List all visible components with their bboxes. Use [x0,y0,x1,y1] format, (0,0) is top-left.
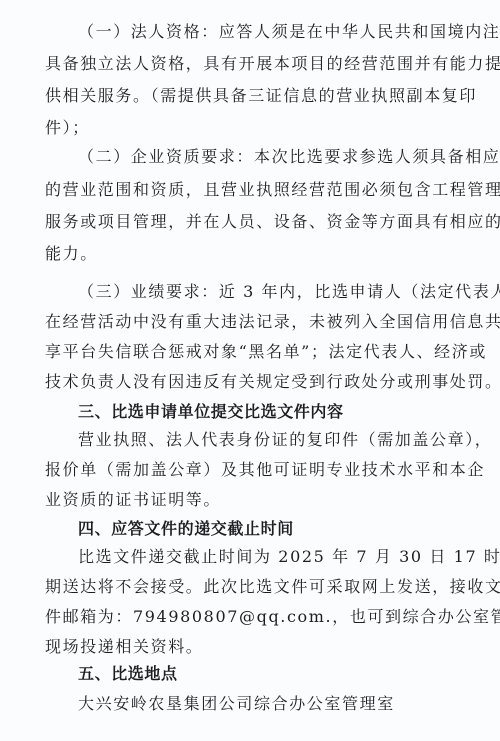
qual-1-line-2: 具备独立法人资格，具有开展本项目的经营范围并有能力提 [45,54,457,74]
section-heading-4: 四、应答文件的递交截止时间 [78,519,457,539]
qual-1-line-1: （一）法人资格：应答人须是在中华人民共和国境内注册， [78,22,457,42]
qual-1-line-3: 供相关服务。（需提供具备三证信息的营业执照副本复印 [45,86,457,106]
submission-line-2: 报价单（需加盖公章）及其他可证明专业技术水平和本企 [45,460,457,480]
deadline-line-1: 比选文件递交截止时间为 2025 年 7 月 30 日 17 时，逾 [78,547,457,567]
qual-3-line-2: 在经营活动中没有重大违法记录，未被列入全国信用信息共 [45,312,457,332]
deadline-line-2: 期送达将不会接受。此次比选文件可采取网上发送，接收文 [45,577,457,597]
deadline-line-3: 件邮箱为：794980807@qq.com.，也可到综合办公室管理科 [45,607,457,627]
qual-3-line-3: 享平台失信联合惩戒对象“黑名单”；法定代表人、经济或 [45,342,457,362]
submission-line-3: 业资质的证书证明等。 [45,490,457,510]
qual-2-line-3: 服务或项目管理，并在人员、设备、资金等方面具有相应的 [45,212,457,232]
document-page: （一）法人资格：应答人须是在中华人民共和国境内注册， 具备独立法人资格，具有开展… [0,0,500,741]
location-line-1: 大兴安岭农垦集团公司综合办公室管理室 [78,694,457,714]
qual-1-line-4: 件）； [45,118,457,138]
qual-3-line-1: （三）业绩要求：近 3 年内，比选申请人（法定代表人） [78,282,457,302]
section-heading-3: 三、比选申请单位提交比选文件内容 [78,402,457,422]
deadline-line-4: 现场投递相关资料。 [45,637,457,657]
qual-2-line-4: 能力。 [45,244,457,264]
qual-2-line-1: （二）企业资质要求：本次比选要求参选人须具备相应 [78,147,457,167]
qual-3-line-4: 技术负责人没有因违反有关规定受到行政处分或刑事处罚。 [45,372,457,392]
section-heading-5: 五、比选地点 [78,664,457,684]
submission-line-1: 营业执照、法人代表身份证的复印件（需加盖公章）， [78,430,457,450]
qual-2-line-2: 的营业范围和资质，且营业执照经营范围必须包含工程管理 [45,180,457,200]
